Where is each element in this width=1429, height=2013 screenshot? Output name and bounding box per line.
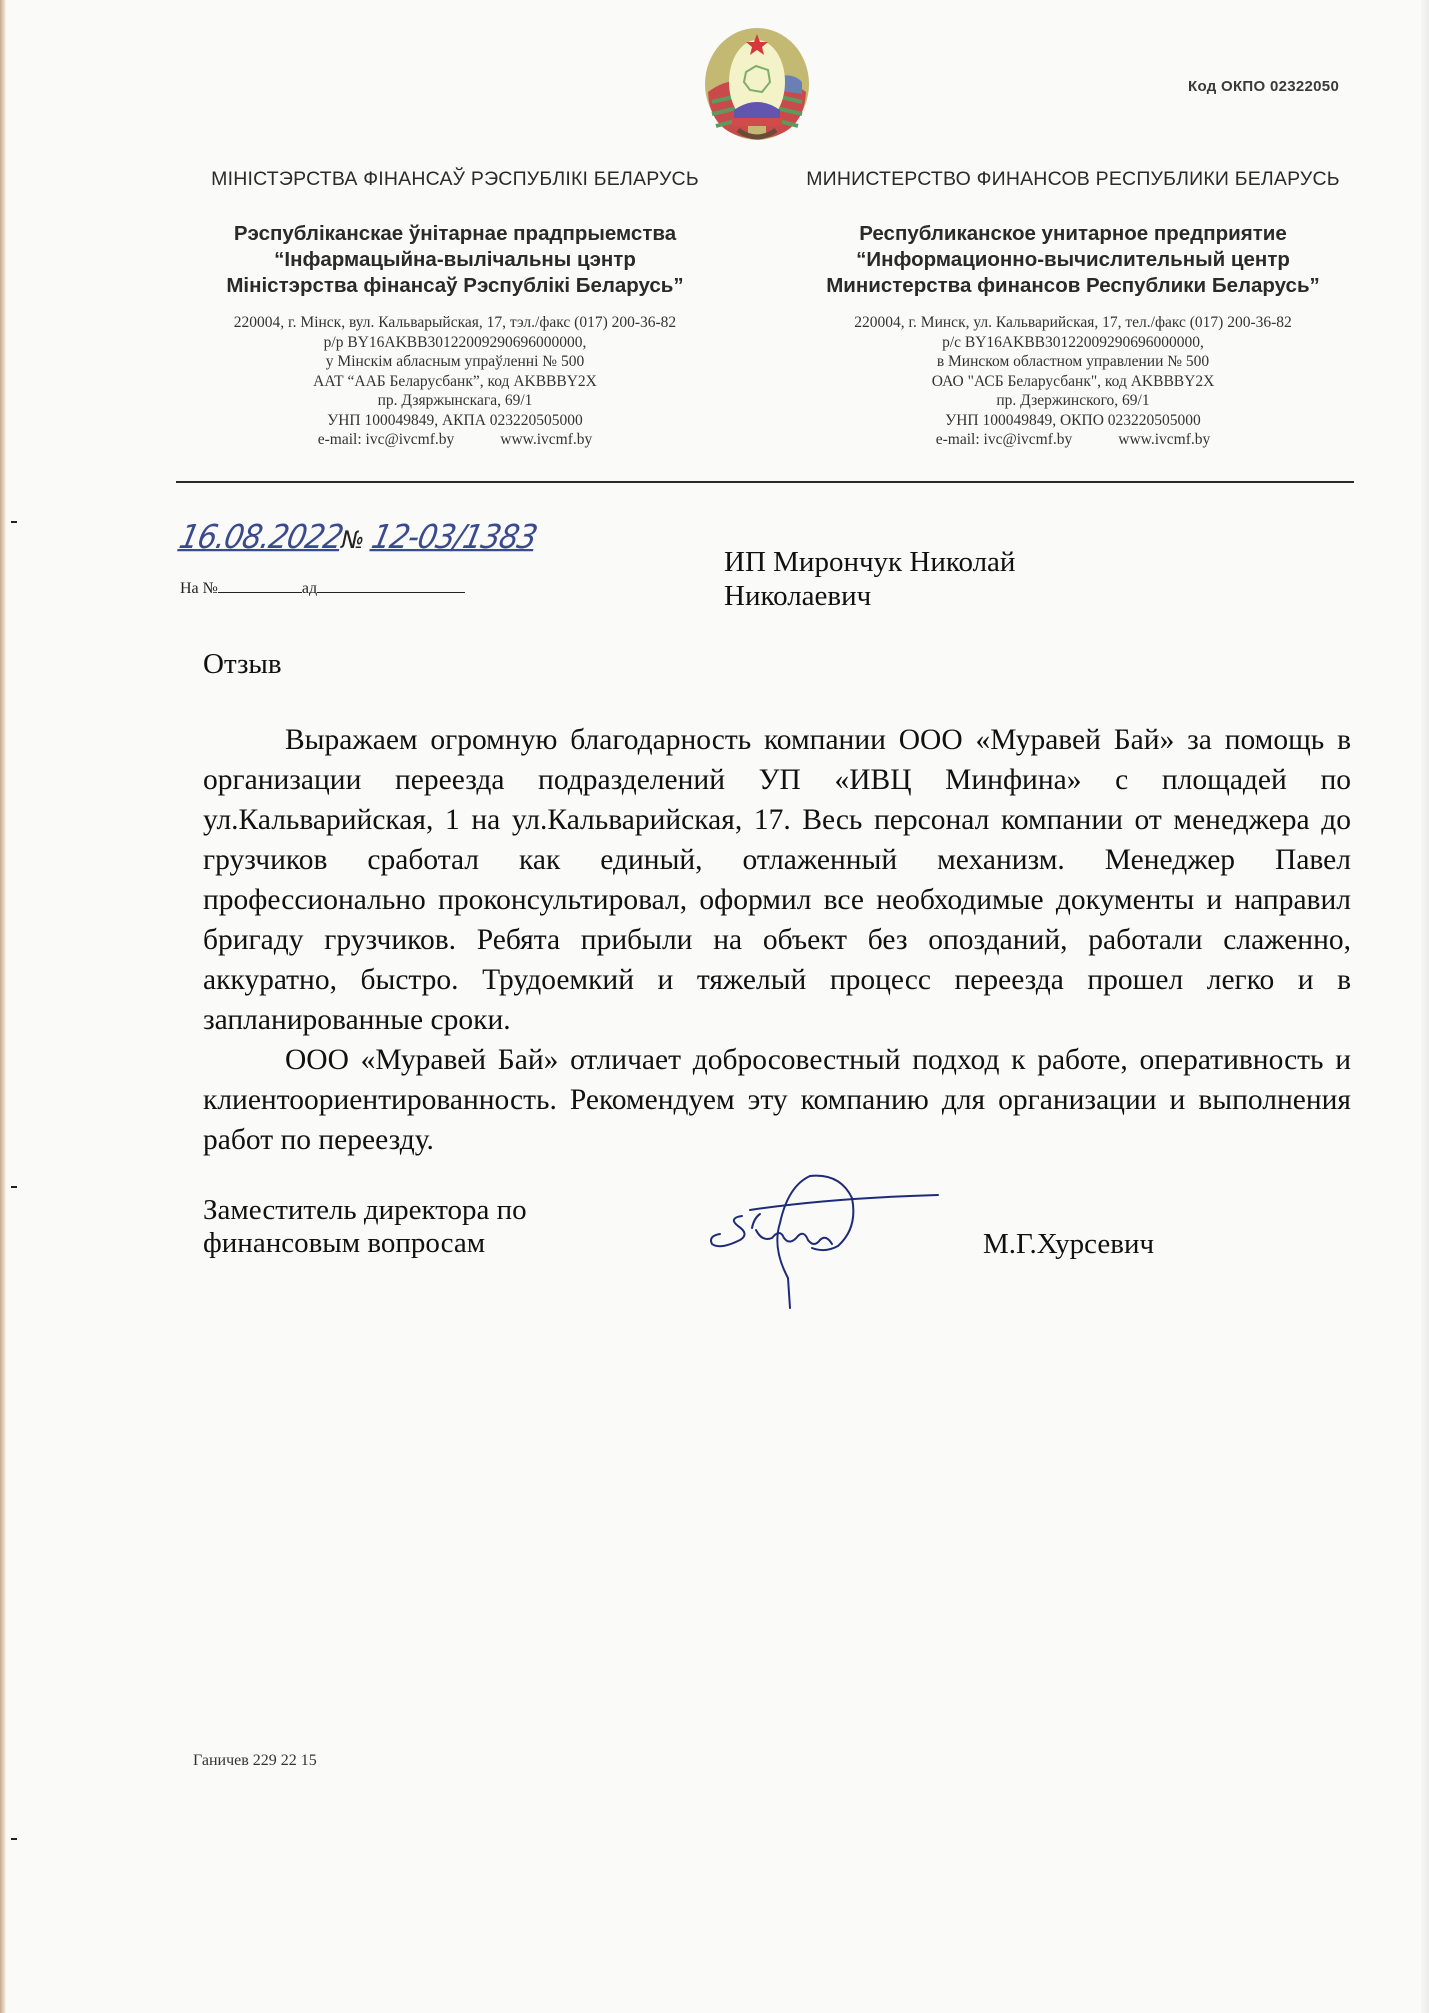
registration-date: 16.08.2022 — [176, 518, 346, 557]
signer-name: М.Г.Хурсевич — [983, 1228, 1154, 1261]
contacts-line: e-mail: ivc@ivcmf.bywww.ivcmf.by — [778, 430, 1368, 450]
executor-contact: Ганичев 229 22 15 — [193, 1752, 317, 1770]
reply-date-blank — [317, 578, 465, 593]
org-line: Міністэрства фінансаў Рэспублікі Беларус… — [170, 273, 740, 299]
requisite-line: ОАО "АСБ Беларусбанк", код AKBBBY2X — [778, 372, 1368, 392]
position-line: Заместитель директора по — [203, 1194, 527, 1227]
signer-position: Заместитель директора по финансовым вопр… — [203, 1194, 527, 1260]
recipient-line: Николаевич — [724, 579, 1015, 613]
letterhead-belarusian: МІНІСТЭРСТВА ФІНАНСАЎ РЭСПУБЛІКІ БЕЛАРУС… — [170, 168, 740, 450]
requisite-line: 220004, г. Минск, ул. Кальварийская, 17,… — [778, 313, 1368, 333]
requisites-ru: 220004, г. Минск, ул. Кальварийская, 17,… — [778, 313, 1368, 450]
requisite-line: УНП 100049849, ОКПО 023220505000 — [778, 411, 1368, 431]
paper-edge-right — [1421, 0, 1429, 2013]
margin-mark — [11, 1838, 17, 1840]
reply-mid: ад — [302, 580, 317, 597]
reply-prefix: На № — [180, 580, 218, 597]
org-line: “Інфармацыйна-вылічальны цэнтр — [170, 247, 740, 273]
contacts-line: e-mail: ivc@ivcmf.bywww.ivcmf.by — [170, 430, 740, 450]
org-line: Рэспубліканскае ўнітарнае прадпрыемства — [170, 221, 740, 247]
belarus-coat-of-arms-icon — [698, 22, 816, 142]
website-link[interactable]: www.ivcmf.by — [500, 431, 592, 448]
website-link[interactable]: www.ivcmf.by — [1118, 431, 1210, 448]
email-link[interactable]: e-mail: ivc@ivcmf.by — [936, 431, 1073, 448]
organization-name-by: Рэспубліканскае ўнітарнае прадпрыемства … — [170, 221, 740, 299]
ministry-name-ru: МИНИСТЕРСТВО ФИНАНСОВ РЕСПУБЛИКИ БЕЛАРУС… — [778, 168, 1368, 191]
body-paragraph: Выражаем огромную благодарность компании… — [203, 720, 1351, 1040]
org-line: “Информационно-вычислительный центр — [778, 247, 1368, 273]
registration-stamp: 16.08.2022№ 12-03/1383 — [176, 518, 540, 557]
requisite-line: р/р BY16AKBB30122009290696000000, — [170, 333, 740, 353]
org-line: Министерства финансов Республики Беларус… — [778, 273, 1368, 299]
requisite-line: ААТ “ААБ Беларусбанк”, код AKBBBY2X — [170, 372, 740, 392]
email-link[interactable]: e-mail: ivc@ivcmf.by — [318, 431, 455, 448]
requisite-line: у Мінскім абласным упраўленні № 500 — [170, 352, 740, 372]
number-sign: № — [338, 527, 366, 555]
reply-reference: На №ад — [180, 578, 465, 598]
requisite-line: пр. Дзяржынскага, 69/1 — [170, 391, 740, 411]
letter-body: Выражаем огромную благодарность компании… — [203, 720, 1351, 1160]
margin-mark — [11, 521, 17, 523]
requisite-line: пр. Дзержинского, 69/1 — [778, 391, 1368, 411]
requisite-line: 220004, г. Мінск, вул. Кальварыйская, 17… — [170, 313, 740, 333]
requisite-line: в Минском областном управлении № 500 — [778, 352, 1368, 372]
body-paragraph: ООО «Муравей Бай» отличает добросовестны… — [203, 1040, 1351, 1160]
requisite-line: УНП 100049849, АКПА 023220505000 — [170, 411, 740, 431]
document-title: Отзыв — [203, 648, 282, 681]
organization-name-ru: Республиканское унитарное предприятие “И… — [778, 221, 1368, 299]
requisite-line: р/с BY16AKBB30122009290696000000, — [778, 333, 1368, 353]
org-line: Республиканское унитарное предприятие — [778, 221, 1368, 247]
handwritten-signature-icon — [680, 1168, 980, 1318]
letterhead-russian: МИНИСТЕРСТВО ФИНАНСОВ РЕСПУБЛИКИ БЕЛАРУС… — [778, 168, 1368, 450]
requisites-by: 220004, г. Мінск, вул. Кальварыйская, 17… — [170, 313, 740, 450]
position-line: финансовым вопросам — [203, 1227, 527, 1260]
margin-mark — [11, 1186, 17, 1188]
recipient-block: ИП Мирончук Николай Николаевич — [724, 545, 1015, 613]
recipient-line: ИП Мирончук Николай — [724, 545, 1015, 579]
reply-number-blank — [218, 578, 302, 593]
letterhead-divider — [176, 481, 1354, 483]
okpo-code: Код ОКПО 02322050 — [1188, 78, 1339, 95]
ministry-name-by: МІНІСТЭРСТВА ФІНАНСАЎ РЭСПУБЛІКІ БЕЛАРУС… — [170, 168, 740, 191]
registration-number: 12-03/1383 — [368, 518, 540, 557]
